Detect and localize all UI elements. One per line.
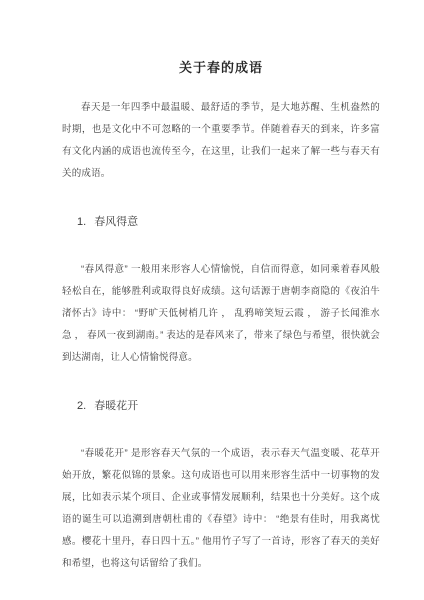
section-1-number: 1. (77, 215, 86, 229)
section-1-heading: 1. 春风得意 (77, 215, 380, 229)
section-1-title: 春风得意 (94, 215, 138, 229)
document-content: 关于春的成语 春天是一年四季中最温暖、最舒适的季节，是大地苏醒、生机盎然的时期，… (0, 0, 424, 575)
document-page: 关于春的成语 春天是一年四季中最温暖、最舒适的季节，是大地苏醒、生机盎然的时期，… (0, 0, 424, 600)
section-1-body: “春风得意” 一般用来形容人心情愉悦，自信而得意，如同乘着春风般轻松自在，能够胜… (62, 259, 380, 369)
intro-paragraph: 春天是一年四季中最温暖、最舒适的季节，是大地苏醒、生机盎然的时期，也是文化中不可… (62, 97, 380, 185)
page-title: 关于春的成语 (62, 58, 380, 77)
section-2-heading: 2. 春暖花开 (77, 399, 380, 413)
section-2-number: 2. (77, 399, 86, 413)
section-2-title: 春暖花开 (94, 399, 138, 413)
section-2-body: “春暖花开” 是形容春天气氛的一个成语，表示春天气温变暖、花草开始开放，繁花似锦… (62, 443, 380, 575)
